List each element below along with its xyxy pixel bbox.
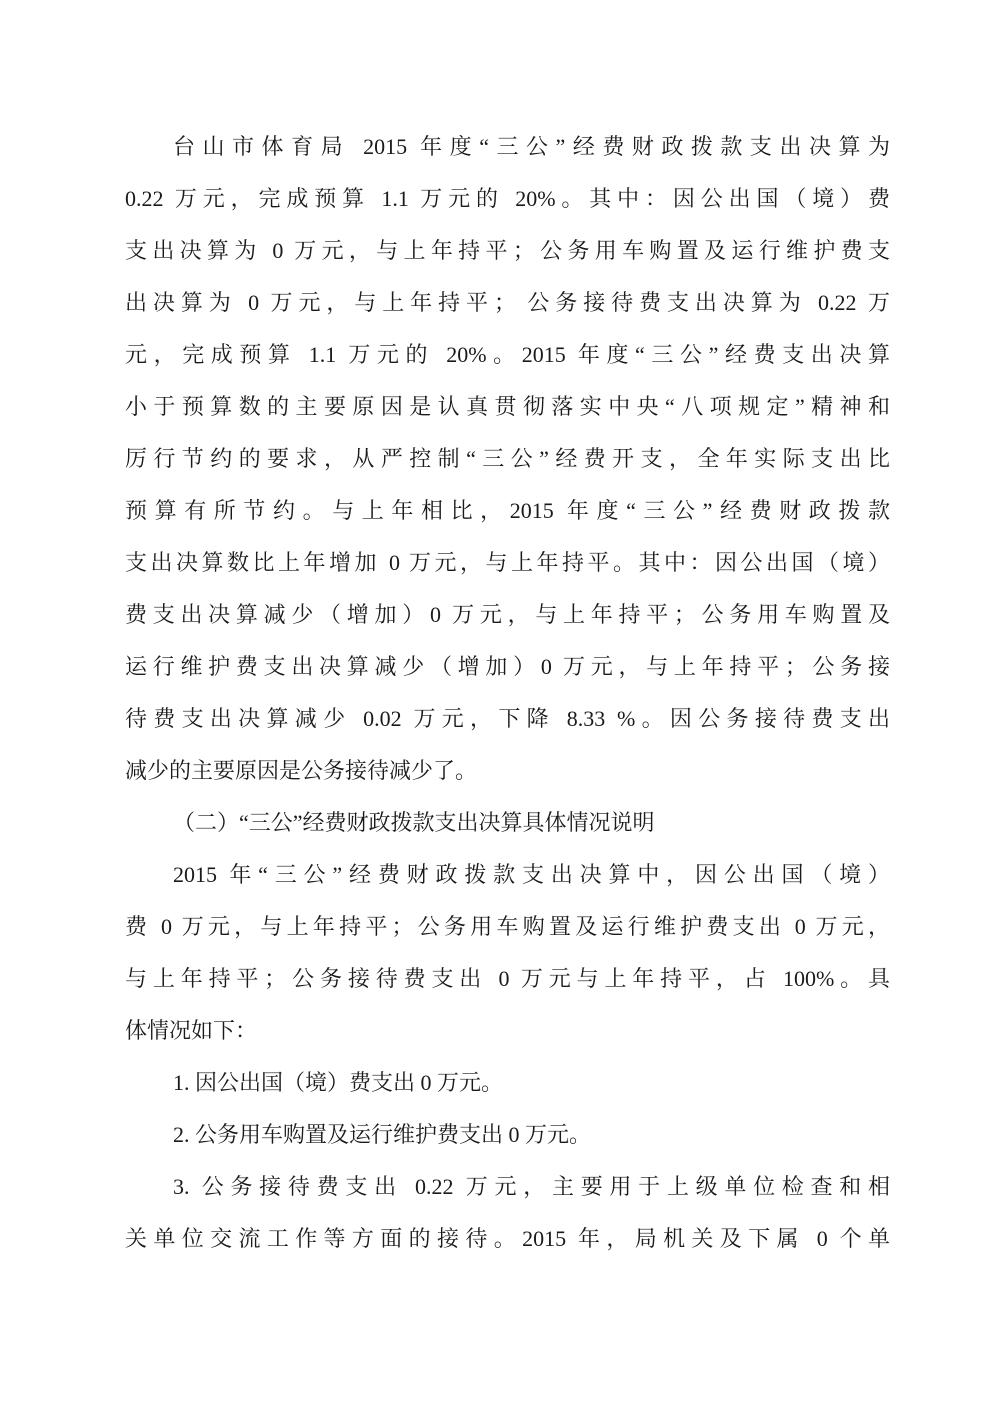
list-item-2: 2. 公务用车购置及运行维护费支出 0 万元。: [125, 1109, 890, 1161]
section-heading: （二）“三公”经费财政拨款支出决算具体情况说明: [125, 797, 890, 849]
doc-line: 元，完成预算 1.1 万元的 20%。2015 年度“三公”经费支出决算: [125, 329, 890, 381]
doc-line: 小于预算数的主要原因是认真贯彻落实中央“八项规定”精神和: [125, 381, 890, 433]
list-item-3: 3. 公务接待费支出 0.22 万元，主要用于上级单位检查和相 关单位交流工作等…: [125, 1161, 890, 1265]
document-page: 台山市体育局 2015 年度“三公”经费财政拨款支出决算为 0.22 万元，完成…: [0, 0, 992, 1403]
doc-line: 运行维护费支出决算减少（增加）0 万元，与上年持平；公务接: [125, 641, 890, 693]
doc-line: 体情况如下：: [125, 1005, 890, 1057]
paragraph-details-intro: 2015 年“三公”经费财政拨款支出决算中，因公出国（境） 费 0 万元，与上年…: [125, 849, 890, 1057]
doc-line: 支出决算为 0 万元，与上年持平；公务用车购置及运行维护费支: [125, 225, 890, 277]
doc-line: 3. 公务接待费支出 0.22 万元，主要用于上级单位检查和相: [125, 1161, 890, 1213]
doc-line: 0.22 万元，完成预算 1.1 万元的 20%。其中：因公出国（境）费: [125, 173, 890, 225]
doc-line: 2015 年“三公”经费财政拨款支出决算中，因公出国（境）: [125, 849, 890, 901]
doc-line: 预算有所节约。与上年相比，2015 年度“三公”经费财政拨款: [125, 485, 890, 537]
doc-line: 1. 因公出国（境）费支出 0 万元。: [125, 1057, 890, 1109]
doc-line: 厉行节约的要求，从严控制“三公”经费开支，全年实际支出比: [125, 433, 890, 485]
doc-line: 费支出决算减少（增加）0 万元，与上年持平；公务用车购置及: [125, 589, 890, 641]
doc-line: 台山市体育局 2015 年度“三公”经费财政拨款支出决算为: [125, 121, 890, 173]
paragraph-overview: 台山市体育局 2015 年度“三公”经费财政拨款支出决算为 0.22 万元，完成…: [125, 121, 890, 797]
document-body: 台山市体育局 2015 年度“三公”经费财政拨款支出决算为 0.22 万元，完成…: [125, 121, 890, 1265]
doc-line: 出决算为 0 万元，与上年持平； 公务接待费支出决算为 0.22 万: [125, 277, 890, 329]
paragraph-section-heading: （二）“三公”经费财政拨款支出决算具体情况说明: [125, 797, 890, 849]
doc-line: 关单位交流工作等方面的接待。2015 年，局机关及下属 0 个单: [125, 1213, 890, 1265]
doc-line: 费 0 万元，与上年持平；公务用车购置及运行维护费支出 0 万元，: [125, 901, 890, 953]
doc-line: 与上年持平；公务接待费支出 0 万元与上年持平，占 100%。具: [125, 953, 890, 1005]
doc-line: 支出决算数比上年增加 0 万元，与上年持平。其中：因公出国（境）: [125, 537, 890, 589]
doc-line: 待费支出决算减少 0.02 万元，下降 8.33 %。因公务接待费支出: [125, 693, 890, 745]
doc-line: 2. 公务用车购置及运行维护费支出 0 万元。: [125, 1109, 890, 1161]
doc-line: 减少的主要原因是公务接待减少了。: [125, 745, 890, 797]
list-item-1: 1. 因公出国（境）费支出 0 万元。: [125, 1057, 890, 1109]
